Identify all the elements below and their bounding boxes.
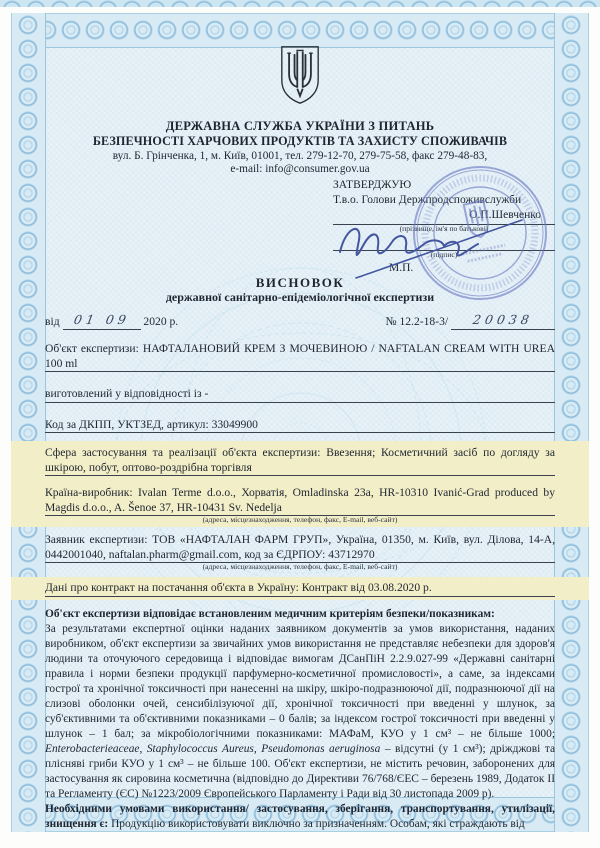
- tryzub-coat-of-arms-icon: [277, 45, 323, 105]
- conclusion-body: За результатами експертної оцінки надани…: [45, 622, 555, 802]
- contract-field: Дані про контракт на постачання об'єкта …: [45, 581, 555, 597]
- date-blank: 01 09: [63, 312, 141, 330]
- scope-highlight-section: Сфера застосування та реалізації об'єкта…: [11, 441, 589, 527]
- producer-caption: (адреса, місцезнаходження, телефон, факс…: [45, 516, 555, 524]
- scope-field: Сфера застосування та реалізації об'єкта…: [45, 446, 555, 476]
- applicant-section: Заявник експертизи: ТОВ «НАФТАЛАН ФАРМ Г…: [45, 533, 555, 571]
- conclusion-text-1: За результатами експертної оцінки надани…: [45, 623, 555, 740]
- date-suffix: 2020 р.: [143, 315, 178, 328]
- number-label: № 12.2-18-3/: [386, 315, 449, 328]
- product-code-field: Код за ДКПП, УКТЗЕД, артикул: 33049900: [45, 418, 555, 434]
- number-field: № 12.2-18-3/ 20038: [386, 312, 556, 330]
- date-handwritten: 01 09: [72, 312, 131, 328]
- guilloche-border-right: [554, 13, 589, 832]
- org-name-line1: ДЕРЖАВНА СЛУЖБА УКРАЇНИ З ПИТАНЬ: [45, 119, 555, 134]
- date-field: від 01 09 2020 р.: [45, 312, 178, 330]
- number-handwritten: 20038: [472, 312, 535, 328]
- scan-edge-artifact: [0, 0, 600, 7]
- document-paper: ДЕРЖАВНА СЛУЖБА УКРАЇНИ З ПИТАНЬ БЕЗПЕЧН…: [11, 13, 589, 832]
- applicant-field: Заявник експертизи: ТОВ «НАФТАЛАН ФАРМ Г…: [45, 533, 555, 563]
- date-number-row: від 01 09 2020 р. № 12.2-18-3/ 20038: [45, 312, 555, 330]
- date-prefix: від: [45, 315, 60, 328]
- object-of-expertise-field: Об'єкт експертизи: НАФТАЛАНОВИЙ КРЕМ З М…: [45, 342, 555, 372]
- certificate-page: ДЕРЖАВНА СЛУЖБА УКРАЇНИ З ПИТАНЬ БЕЗПЕЧН…: [0, 0, 600, 848]
- guilloche-border-left: [11, 13, 46, 832]
- conclusion-text-latin-italic: Enterobacterieaceae, Staphylococcus Aure…: [45, 743, 380, 755]
- conditions-text: Продукцію використовувати виключно за пр…: [108, 818, 524, 830]
- signature-scribble: [326, 214, 556, 286]
- emblem-area: [45, 45, 555, 107]
- producer-field: Країна-виробник: Ivalan Terme d.o.o., Хо…: [45, 486, 555, 516]
- conclusion-heading: Об'єкт експертизи відповідає встановлени…: [45, 607, 555, 622]
- contract-highlight-section: Дані про контракт на постачання об'єкта …: [11, 577, 589, 600]
- org-name-line2: БЕЗПЕЧНОСТІ ХАРЧОВИХ ПРОДУКТІВ ТА ЗАХИСТ…: [45, 134, 555, 148]
- number-blank: 20038: [451, 312, 555, 330]
- applicant-caption: (адреса, місцезнаходження, телефон, факс…: [45, 563, 555, 571]
- made-in-accordance-field: виготовлений у відповідності із -: [45, 387, 555, 403]
- usage-conditions: Необхідними умовами використання/ застос…: [45, 802, 555, 832]
